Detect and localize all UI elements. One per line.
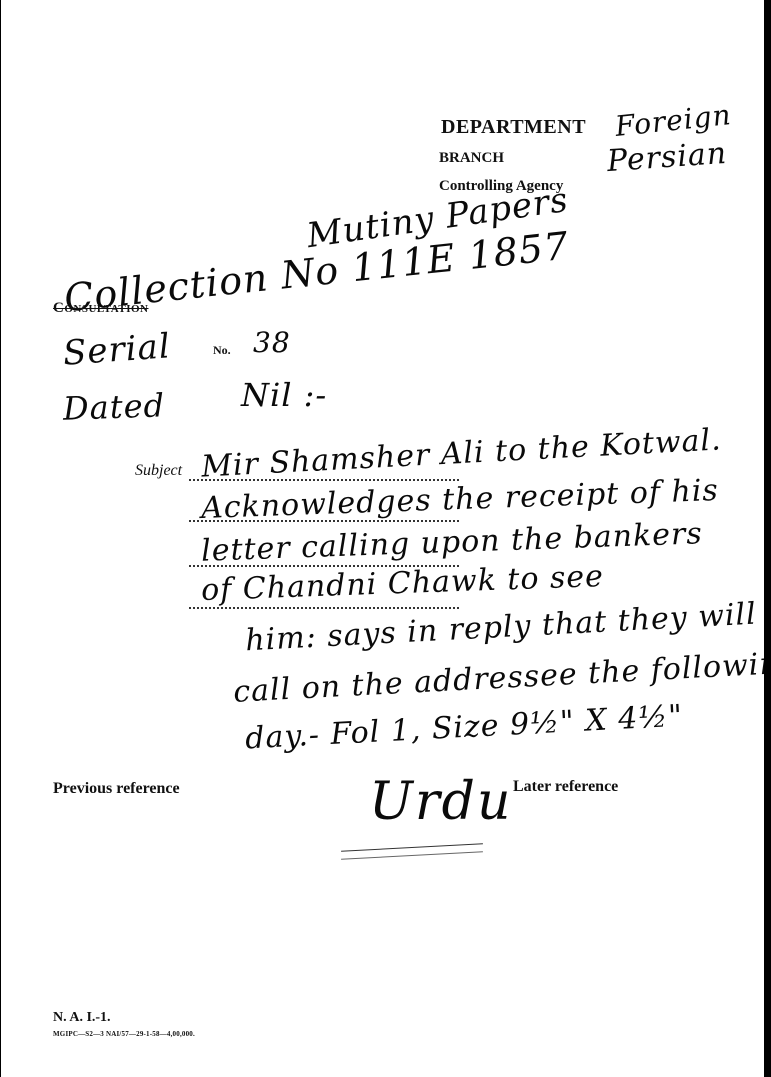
consultation-label-struck: Consultation xyxy=(53,300,149,317)
underline-stroke xyxy=(341,851,483,859)
language-annotation: Urdu xyxy=(369,772,512,832)
underline-stroke xyxy=(341,843,483,851)
subject-dotted-line xyxy=(189,607,459,609)
branch-value: Persian xyxy=(606,136,728,179)
subject-line: day.- Fol 1, Size 9½" X 4½" xyxy=(244,699,684,757)
form-code: N. A. I.-1. xyxy=(53,1010,111,1026)
number-label: No. xyxy=(213,343,231,358)
dated-value: Nil :- xyxy=(241,376,327,414)
subject-line: letter calling upon the bankers xyxy=(201,516,704,568)
document-page: DEPARTMENT Foreign BRANCH Persian Contro… xyxy=(0,0,771,1077)
serial-number: 38 xyxy=(253,326,291,359)
later-reference-label: Later reference xyxy=(513,778,618,796)
subject-line: him: says in reply that they will xyxy=(244,597,757,659)
print-imprint-line: MGIPC—S2—3 NAI/57—29-1-58—4,00,000. xyxy=(53,1030,195,1038)
dated-label-handwritten: Dated xyxy=(62,386,165,428)
scan-edge-bar xyxy=(764,0,771,1077)
branch-label: BRANCH xyxy=(439,150,504,167)
subject-label: Subject xyxy=(135,462,182,480)
previous-reference-label: Previous reference xyxy=(53,780,180,798)
department-label: DEPARTMENT xyxy=(441,116,586,139)
subject-line: call on the addressee the following xyxy=(232,645,771,710)
serial-label-handwritten: Serial xyxy=(62,326,172,373)
